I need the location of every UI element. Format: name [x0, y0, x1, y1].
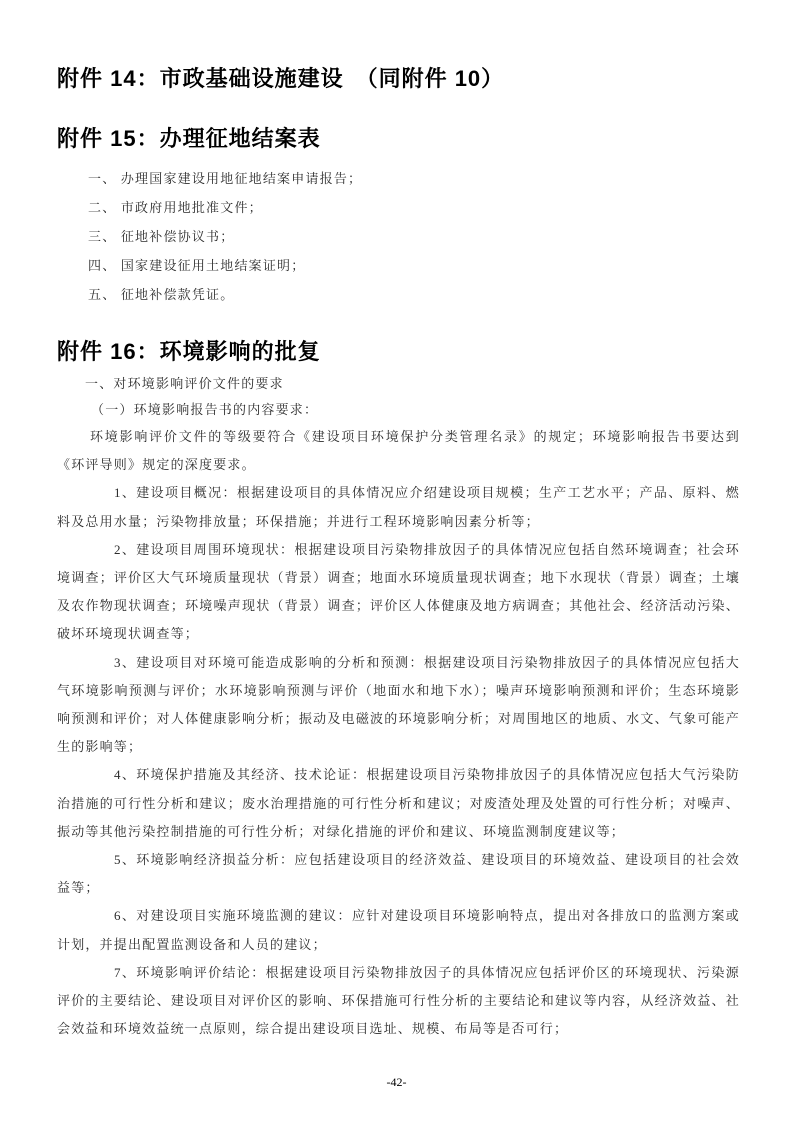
- attachment15-item-list: 一、 办理国家建设用地征地结案申请报告； 二、 市政府用地批准文件； 三、 征地…: [57, 164, 740, 309]
- heading-attachment16: 附件 16：环境影响的批复: [57, 339, 740, 365]
- body-paragraph-1: 1、建设项目概况：根据建设项目的具体情况应介绍建设项目规模；生产工艺水平；产品、…: [57, 479, 740, 535]
- attachment16-paragraphs: 环境影响评价文件的等级要符合《建设项目环境保护分类管理名录》的规定；环境影响报告…: [57, 423, 740, 1043]
- body-paragraph-4: 4、环境保护措施及其经济、技术论证：根据建设项目污染物排放因子的具体情况应包括大…: [57, 761, 740, 846]
- attachment16-subitem: （一）环境影响报告书的内容要求：: [57, 397, 740, 423]
- body-paragraph-6: 6、对建设项目实施环境监测的建议：应针对建设项目环境影响特点，提出对各排放口的监…: [57, 902, 740, 958]
- body-paragraph-2: 2、建设项目周围环境现状：根据建设项目污染物排放因子的具体情况应包括自然环境调查…: [57, 536, 740, 649]
- body-paragraph-3: 3、建设项目对环境可能造成影响的分析和预测：根据建设项目污染物排放因子的具体情况…: [57, 649, 740, 762]
- body-paragraph-7: 7、环境影响评价结论：根据建设项目污染物排放因子的具体情况应包括评价区的环境现状…: [57, 959, 740, 1044]
- heading-attachment15: 附件 15：办理征地结案表: [57, 126, 740, 152]
- attachment16-subheading: 一、对环境影响评价文件的要求: [57, 371, 740, 397]
- body-paragraph-intro: 环境影响评价文件的等级要符合《建设项目环境保护分类管理名录》的规定；环境影响报告…: [57, 423, 740, 479]
- attachment15-item-3: 三、 征地补偿协议书；: [88, 222, 740, 251]
- attachment15-item-4: 四、 国家建设征用土地结案证明；: [88, 251, 740, 280]
- heading-attachment14: 附件 14：市政基础设施建设 （同附件 10）: [57, 66, 740, 92]
- attachment15-item-5: 五、 征地补偿款凭证。: [88, 280, 740, 309]
- page-number: -42-: [0, 1075, 793, 1090]
- document-page: 附件 14：市政基础设施建设 （同附件 10） 附件 15：办理征地结案表 一、…: [0, 0, 793, 1122]
- attachment15-item-1: 一、 办理国家建设用地征地结案申请报告；: [88, 164, 740, 193]
- body-paragraph-5: 5、环境影响经济损益分析：应包括建设项目的经济效益、建设项目的环境效益、建设项目…: [57, 846, 740, 902]
- attachment15-item-2: 二、 市政府用地批准文件；: [88, 193, 740, 222]
